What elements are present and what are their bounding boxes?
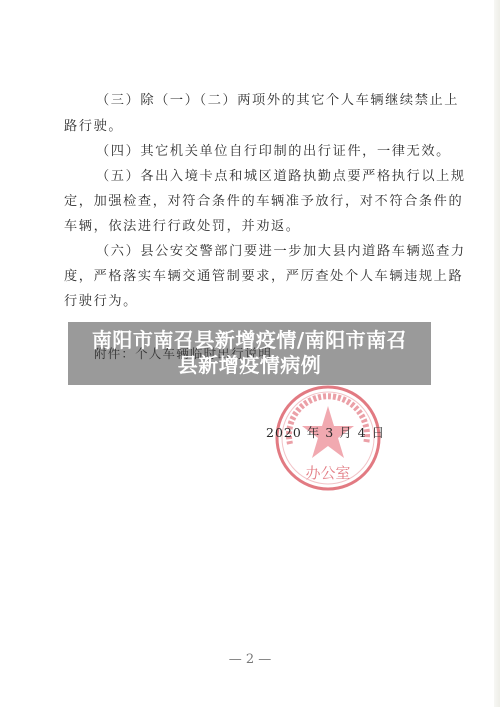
paragraph-4-line-1: （四）其它机关单位自行印制的出行证件，一律无效。 — [96, 144, 451, 160]
paragraph-3-line-2: 路行驶。 — [64, 119, 123, 135]
page-number: — 2 — — [228, 652, 272, 667]
paragraph-5-line-1: （五）各出入境卡点和城区道路执勤点要严格执行以上规 — [96, 169, 466, 185]
paragraph-6-line-1: （六）县公安交警部门要进一步加大县内道路车辆巡查力 — [96, 244, 466, 260]
paragraph-5-line-3: 车辆，依法进行行政处罚，并劝返。 — [64, 219, 301, 235]
overlay-title: 南阳市南召县新增疫情/南阳市南召 县新增疫情病例 — [68, 328, 431, 378]
page-edge — [494, 0, 500, 707]
document-page: （三）除（一）（二）两项外的其它个人车辆继续禁止上 路行驶。 （四）其它机关单位… — [0, 0, 500, 707]
document-date: 2020 年 3 月 4 日 — [266, 423, 385, 441]
paragraph-5-line-2: 定，加强检查，对符合条件的车辆准予放行，对不符合条件的 — [64, 194, 463, 210]
overlay-title-line-1: 南阳市南召县新增疫情/南阳市南召 — [68, 328, 431, 353]
title-overlay-banner: 南阳市南召县新增疫情/南阳市南召 县新增疫情病例 — [68, 322, 431, 385]
paragraph-6-line-3: 行驶行为。 — [64, 294, 138, 310]
overlay-title-line-2: 县新增疫情病例 — [68, 353, 431, 378]
paragraph-3-line-1: （三）除（一）（二）两项外的其它个人车辆继续禁止上 — [96, 93, 459, 109]
stamp-center-text: 办公室 — [305, 464, 350, 482]
paragraph-6-line-2: 度，严格落实车辆交通管制要求，严厉查处个人车辆违规上路 — [64, 269, 463, 285]
